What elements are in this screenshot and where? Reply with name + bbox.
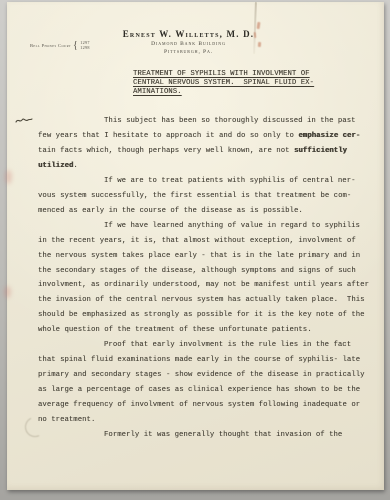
letterhead-city: Pittsburgh, Pa. (7, 49, 370, 55)
margin-annotation-scribble (15, 116, 33, 126)
typed-line: the nervous system takes place early - t… (38, 249, 368, 264)
typed-line: few years that I hesitate to approach it… (38, 129, 368, 144)
typed-line: vous system successfully, the first esse… (38, 189, 368, 204)
typed-line: tain facts which, though perhaps very we… (38, 144, 368, 159)
title-line: CENTRAL NERVOUS SYSTEM. SPINAL FLUID EX- (133, 79, 314, 88)
title-line: TREATMENT OF SYPHILIS WITH INVOLVMENT OF (133, 70, 314, 79)
typed-line: utilized. (38, 159, 368, 174)
title-line: AMINATIONS. (133, 88, 314, 97)
typed-line: in the recent years, it is, that almost … (38, 234, 368, 249)
typed-line: no treatment. (38, 413, 368, 428)
typed-line: primary and secondary stages - show evid… (38, 368, 368, 383)
letterhead-building: Diamond Bank Building (7, 41, 370, 47)
screenshot-root: { "letterhead": { "phone_label": "Bell P… (0, 0, 390, 500)
typed-line: as large a percentage of cases as clinic… (38, 383, 368, 398)
typed-line: menced as early in the course of the dis… (38, 204, 368, 219)
typed-line: This subject has been so thoroughly disc… (38, 114, 368, 129)
typed-line: Formerly it was generally thought that i… (38, 428, 368, 443)
typed-line: that spinal fluid examinations made earl… (38, 353, 368, 368)
letterhead-name: Ernest W. Willetts, M. D. (7, 29, 370, 39)
typed-line: If we have learned anything of value in … (38, 219, 368, 234)
typed-line: the secondary stages of the disease, alt… (38, 264, 368, 279)
typed-line: average frequency of involvment of nervo… (38, 398, 368, 413)
typed-line: involvment, as ordinarily understood, ma… (38, 278, 368, 293)
edge-smudge (4, 286, 11, 298)
typed-line: should be emphasized as strongly as poss… (38, 308, 368, 323)
document-title: TREATMENT OF SYPHILIS WITH INVOLVMENT OF… (133, 70, 314, 96)
typed-line: whole question of the treatment of these… (38, 323, 368, 338)
typed-line: Proof that early involvment is the rule … (38, 338, 368, 353)
red-ink-mark (258, 42, 261, 47)
document-body: This subject has been so thoroughly disc… (38, 114, 368, 443)
edge-smudge (5, 170, 12, 184)
typed-line: If we are to treat patients with syphili… (38, 174, 368, 189)
typed-line: the invasion of the central nervous syst… (38, 293, 368, 308)
paper-sheet: Bell Phones Court { 1297 1298 Ernest W. … (7, 2, 384, 490)
